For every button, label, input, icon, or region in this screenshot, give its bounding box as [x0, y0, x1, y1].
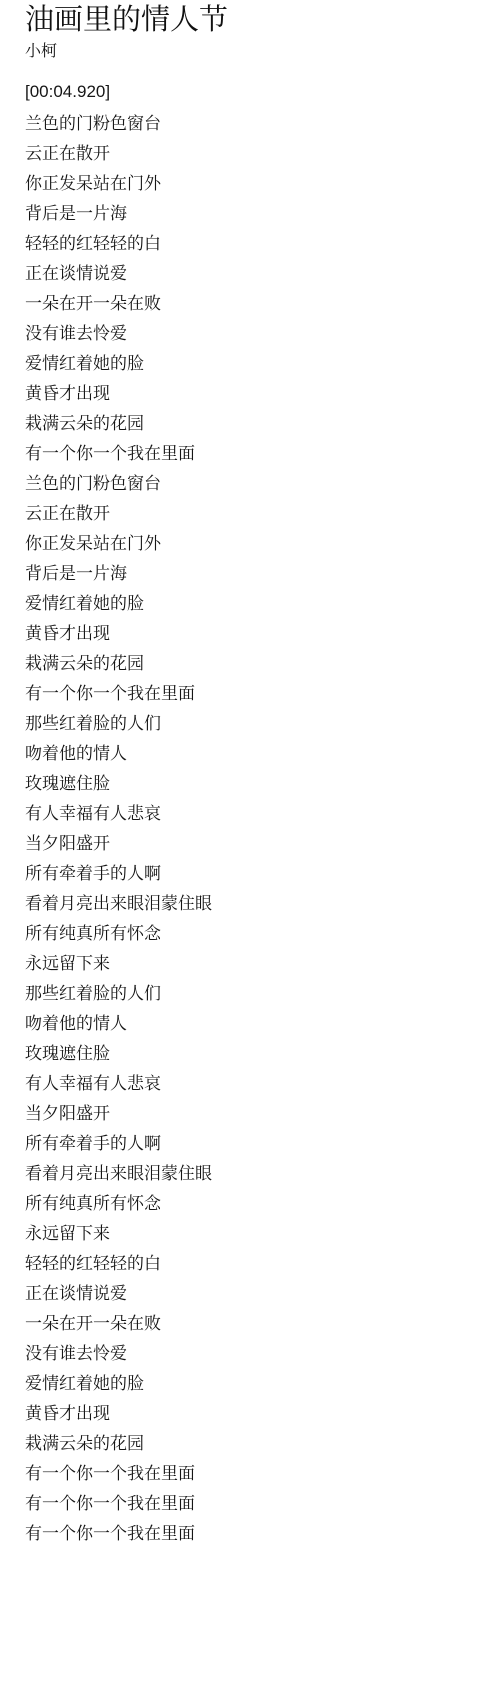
lyric-line: 所有纯真所有怀念 [25, 1189, 480, 1219]
artist-name: 小柯 [25, 42, 480, 63]
lyric-line: 所有牵着手的人啊 [25, 1129, 480, 1159]
lyric-line: 轻轻的红轻轻的白 [25, 1249, 480, 1279]
lyric-line: 所有牵着手的人啊 [25, 859, 480, 889]
lyric-line: 栽满云朵的花园 [25, 409, 480, 439]
lyric-line: 玫瑰遮住脸 [25, 769, 480, 799]
lyric-line: 所有纯真所有怀念 [25, 919, 480, 949]
lyric-line: 黄昏才出现 [25, 619, 480, 649]
lyric-line: 有一个你一个我在里面 [25, 679, 480, 709]
lyric-line: 你正发呆站在门外 [25, 169, 480, 199]
lyric-line: 永远留下来 [25, 1219, 480, 1249]
lyric-line: 那些红着脸的人们 [25, 709, 480, 739]
lyric-line: 黄昏才出现 [25, 379, 480, 409]
lyric-line: 黄昏才出现 [25, 1399, 480, 1429]
lyric-line: 正在谈情说爱 [25, 259, 480, 289]
lyric-line: 玫瑰遮住脸 [25, 1039, 480, 1069]
lyric-line: 有一个你一个我在里面 [25, 439, 480, 469]
lyric-line: 正在谈情说爱 [25, 1279, 480, 1309]
lyric-line: 有一个你一个我在里面 [25, 1459, 480, 1489]
lyric-line: 兰色的门粉色窗台 [25, 469, 480, 499]
lyric-line: 爱情红着她的脸 [25, 1369, 480, 1399]
lyric-line: 你正发呆站在门外 [25, 529, 480, 559]
lyric-line: 兰色的门粉色窗台 [25, 109, 480, 139]
lyric-line: 背后是一片海 [25, 199, 480, 229]
lyric-line: 轻轻的红轻轻的白 [25, 229, 480, 259]
lyric-line: 当夕阳盛开 [25, 829, 480, 859]
lyric-line: 云正在散开 [25, 499, 480, 529]
lyric-line: 有人幸福有人悲哀 [25, 799, 480, 829]
lyric-line: 云正在散开 [25, 139, 480, 169]
lyric-line: 没有谁去怜爱 [25, 319, 480, 349]
lyric-line: 当夕阳盛开 [25, 1099, 480, 1129]
lyric-line: 没有谁去怜爱 [25, 1339, 480, 1369]
lyric-line: 栽满云朵的花园 [25, 649, 480, 679]
lyric-line: 看着月亮出来眼泪蒙住眼 [25, 1159, 480, 1189]
lyric-line: 那些红着脸的人们 [25, 979, 480, 1009]
lyrics-page: 油画里的情人节 小柯 [00:04.920] 兰色的门粉色窗台云正在散开你正发呆… [0, 0, 500, 1549]
song-title: 油画里的情人节 [25, 3, 480, 38]
lyric-line: 看着月亮出来眼泪蒙住眼 [25, 889, 480, 919]
lyric-line: 栽满云朵的花园 [25, 1429, 480, 1459]
lyric-line: 爱情红着她的脸 [25, 349, 480, 379]
lyrics-list: 兰色的门粉色窗台云正在散开你正发呆站在门外背后是一片海轻轻的红轻轻的白正在谈情说… [25, 109, 480, 1549]
lyric-line: 有人幸福有人悲哀 [25, 1069, 480, 1099]
lyric-line: 爱情红着她的脸 [25, 589, 480, 619]
lyric-line: 吻着他的情人 [25, 739, 480, 769]
lyric-line: 背后是一片海 [25, 559, 480, 589]
lyric-line: 一朵在开一朵在败 [25, 289, 480, 319]
lyric-line: 永远留下来 [25, 949, 480, 979]
lyric-timestamp: [00:04.920] [25, 77, 480, 107]
lyric-line: 一朵在开一朵在败 [25, 1309, 480, 1339]
lyric-line: 吻着他的情人 [25, 1009, 480, 1039]
lyric-line: 有一个你一个我在里面 [25, 1489, 480, 1519]
lyric-line: 有一个你一个我在里面 [25, 1519, 480, 1549]
